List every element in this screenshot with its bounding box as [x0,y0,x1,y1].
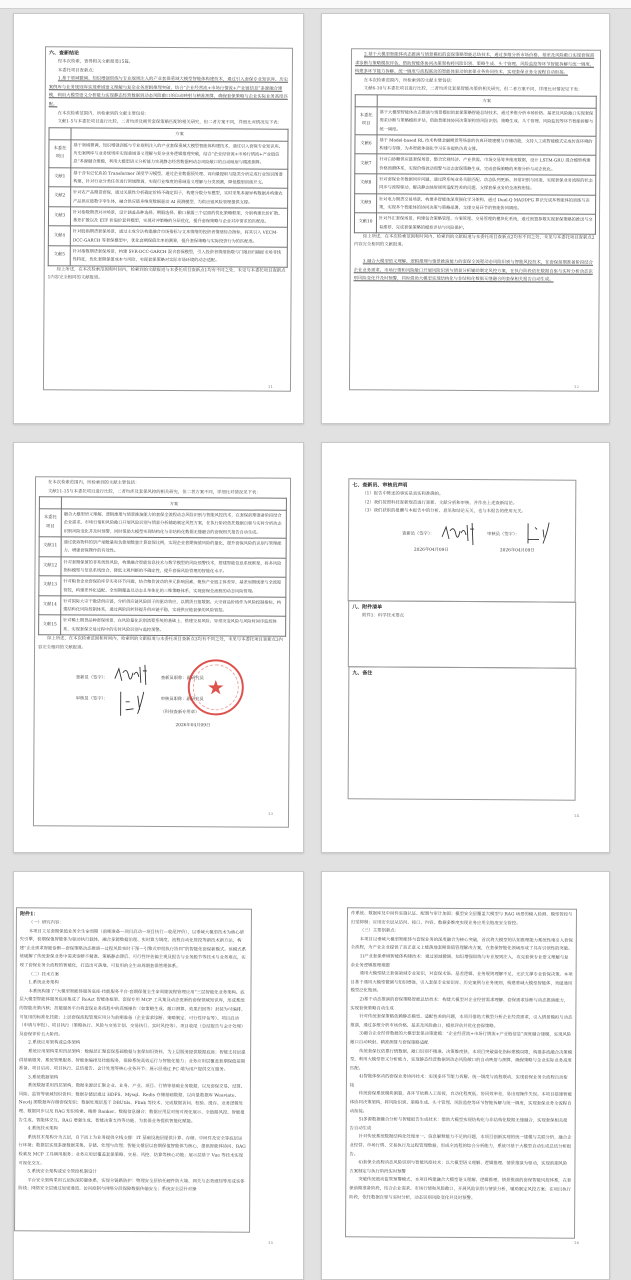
row-text: 针对白砂糖供应链套保场景，整合宏观经济、产业供需、市场交易等多维度数据，设计 L… [377,154,596,175]
table-row: 本委托项目基于领域微调、知识增强训练与专业规则注入的产业套保垂域大模型智能体构建… [49,140,288,169]
table-row: 本委托项目融合大模型语义理解、逻辑推理与情景推演能力的套保全流程动态风险识别与智… [39,509,286,538]
novelty-point: 3.融合大模型语义理解、逻辑推理与情景推演能力的套保全流程动态风险识别与智能风控… [354,258,596,285]
stamp-note: （科技查新专用章） [161,709,200,715]
examiner-signature-icon [113,661,153,687]
row-text: 针对套保业务数据同步问题，通过跨系统业务关联匹配、动态队列更新、异常识别与回滚，… [377,174,596,195]
row-label: 文献9 [355,193,377,213]
section-7-frame: 七、查新员、审核员声明 （1）报告中陈述的事实是真实和准确的。（2）我们按照科技… [348,478,577,602]
subsection-text: 系统数据采用四层架构，数据来源层汇聚企业、业务、产业、项目、行情等基础业务数据，… [19,1083,247,1127]
innovation-text: 针对传统套保策略依赖静态模型、适配性差的问题，本项目借助大模型分析企业经营需求，… [350,1013,572,1032]
row-label: 文献1 [49,167,71,187]
content-frame: 在本次检索范围内，所检索到的文献主要包括： 文献11-15与本委托项目进行比较，… [33,476,291,828]
compare-line: 文献11-15与本委托项目进行比较，二者均涉及套保风控的相关研究，但二者方案不同… [39,488,287,498]
row-text: 针对套期保值的非系统性风险，构建融合智能信息技术与数学模型的风险预警技术，搭建智… [61,557,286,578]
content-frame: 作系统、数据库及中间件实施认证、配置与审计加固；模型安全层覆盖大模型与 RAG … [345,907,577,1238]
innovation-text: 传统套保系统模块割裂，各环节依赖人工衔接，自动化程度低，协同效率差，易出现操作失… [350,1091,572,1118]
row-text: 基于领域微调、知识增强训练与专业规则注入的产业套保垂域大模型智能体构建技术，通过… [71,140,288,169]
signature-block: 查新员（签字）： 查新员职称：副研究员 审核员（签字）： 审核员职称：副研究员 … [37,652,286,746]
row-text: 针对粮食企业套保的库存实务环节问题，结合粮价波动的多元影响因素，聚焦产业链主体差… [61,576,286,597]
header-blank-cell [49,128,71,140]
comparison-table: 方案本委托项目融合大模型语义理解、逻辑推理与情景推演能力的套保全流程动态风险识别… [38,496,287,636]
section-title: 九、备注 [352,669,572,679]
conclusion-text: 综上所述，在本次检索范围和时间内，检索到的文献报道与本委托项目查新点2均有不同之… [354,233,596,252]
subsection-text: 平台安全架构采用五层纵深防御体系，实现全链路防护：物理安全层依托硬件防火墙、网关… [18,1177,246,1196]
header-blank-cell [355,95,377,107]
sign-date: 2026年04月09日 [176,722,211,728]
table-row: 文献15针对稀土期货品种套保场景，在风险量化识别流程系统的基础上，搭建交易风险、… [39,615,286,636]
row-label: 本委托项目 [49,140,71,168]
innovation-text: 传统套保仅依靠行情数据，敞口识别不精准、决策维度狭，本项目突破量化指标建模局限，… [350,1048,572,1075]
table-row: 本委托项目基于大模型智能体动态推演与情景模拟的套保策略智能总结技术，通过多维分析… [355,107,596,136]
innovation-title: 2)基于动态推演的套保策略智能总结技术：构建大模型对企业经营需求理解、套保需求诊… [350,996,572,1015]
table-row: 文献2针对农产品期货套保，通过关联性分析确定价格不确定因子，构建分数分布模型，实… [49,187,288,208]
table-row: 文献1基于含有记忆块的 Transformer 深度学习模型，通过企业数据预处理… [49,167,288,188]
table-row: 文献9针对电力期货交易场景，构建多智能体深度强化学习架构，通过 Dual-Q M… [355,193,596,214]
novelty-point: 2.基于大模型智能体动态推演与情景模拟的套保策略智能总结技术，通过多维分析市场价… [355,51,597,78]
conclusion-text: 综上所述，在本次检索范围和时间内，检索到的文献报道与本委托项目查新点1均有不同之… [48,266,288,285]
row-label: 文献14 [39,596,61,616]
table-row: 文献14针对国际大宗干散货供应链，分析供应链风险因子的驱动效应，以期货日报数据、… [39,596,286,617]
table-row: 文献5针对指数期货套保场景，构建 SVR-DCC-GARCH 混合套保模型，引入… [48,246,287,267]
row-text: 针对指数期货对冲场景，设计涵盖品种选择、期限选择、敞口暴露三个层面的优化策略框架… [70,207,287,228]
table-row: 文献13针对粮食企业套保的库存实务环节问题，结合粮价波动的多元影响因素，聚焦产业… [39,576,286,597]
page-number: 11 [268,384,273,389]
row-label: 文献3 [48,207,70,227]
row-label: 本委托项目 [39,509,61,537]
header-blank-cell [39,497,61,509]
row-text: 基于 Model-based RL 技术构建金融期货等场景的仿真环境建模与存储功… [377,135,596,156]
page-number: 15 [268,1240,273,1245]
row-text: 针对农产品期货套保，通过关联性分析确定价格不确定因子，构建分数分布模型，实时采集… [71,187,288,208]
examiner-label: 查新员（签字）： [402,530,434,536]
page-number: 13 [268,811,273,816]
section-9-frame: 九、备注 [348,666,577,800]
content-frame: 附件1： （一）研究内容： 本项目立足套期保值业务全生命周期（前期准备—项目启动… [14,907,252,1232]
row-label: 文献6 [355,135,377,155]
row-label: 本委托项目 [355,107,377,135]
table-row: 文献10针对外汇套保场景，构建包含策略管理、方案管理、交易管理的模块化系统，通过… [354,213,595,234]
section-8-frame: 八、附件清单 附件1：科学技术要点 [348,600,576,668]
document-page-12[interactable]: 2.基于大模型智能体动态推演与情景模拟的套保策略智能总结技术，通过多维分析市场价… [321,13,610,424]
innovation-text: 通用大模型缺乏套保领域专业知识，对套保术语、基差逻辑、业务规则理解不足，无法支撑… [350,970,572,997]
innovation-title: 5)多源数据融合分析与智能报告生成技术：借助大模型实现结构化与非结构化数据无缝融… [350,1117,572,1136]
row-label: 文献2 [49,187,71,207]
row-text: 基于大模型智能体动态推演与情景模拟的套保策略智能总结技术，通过多维分析市场价格、… [377,107,596,136]
subsection-text: 本系统构建了“大模型智能体服务底座-技能服务平台-套期保值全生命周期流程管理应用… [19,988,247,1041]
compare-line: 文献6-10与本委托项目进行比较，二者均涉及套保智能决策的相关研究，但二者方案不… [355,86,597,96]
row-text: 针对股指期货套保场景，通过主成分法构建融合市场指标与文本情绪的投资者情绪综合指标… [70,226,287,247]
innovation-text: 针对传统系统数据结构化处理单一、信息解释能力不足的问题，本项目创新实现的统一建模… [349,1134,571,1161]
document-page-16[interactable]: 作系统、数据库及中间件实施认证、配置与审计加固；模型安全层覆盖大模型与 RAG … [321,871,610,1280]
innovation-title: 3)融合企业经营数据的大模型套保决策建模：“企业经营流+市场行情流+产业链信息”… [350,1031,572,1050]
reviewer-signature-icon [118,688,152,718]
page-number: 16 [574,1240,579,1245]
document-page-14[interactable]: 七、查新员、审核员声明 （1）报告中陈述的事实是真实和准确的。（2）我们按照科技… [321,442,610,853]
innovation-title: 4)智能体驱动的套保业务协同技术：实现多环节能力拆解、统一调度与流程联动，实现套… [350,1074,572,1093]
content-frame: 2.基于大模型智能体动态推演与情景模拟的套保策略智能总结技术，通过多维分析市场价… [349,48,601,392]
row-text: 通过获取物料的资产端数量和负债端数量计算套保比例，实现企业套期保值风险的量化，提… [61,537,286,558]
innovation-title: 6)套保全流程动态风险识别与智能风控技术：以大模型语义理解、逻辑推理、情景推演为… [349,1160,571,1179]
table-row: 文献8针对套保业务数据同步问题，通过跨系统业务关联匹配、动态队列更新、异常识别与… [355,174,596,195]
comparison-table: 方案本委托项目基于领域微调、知识增强训练与专业规则注入的产业套保垂域大模型智能体… [48,127,289,267]
content-frame: 六、查新结论 经本次检索，查得相关文献报道15篇。 本委托项目查新点： 1.基于… [43,46,293,392]
novelty-point: 1.基于领域微调、知识增强训练与专业规则注入的产业套保垂域大模型智能体构建技术，… [49,75,289,111]
reviewer-signature-icon [525,519,561,547]
row-text: 针对稀土期货品种套保场景，在风险量化识别流程系统的基础上，搭建交易风险、异常突变… [61,615,286,636]
table-row: 文献3针对指数期货对冲场景，设计涵盖品种选择、期限选择、敞口暴露三个层面的优化策… [48,207,287,228]
innovation-intro: 本项目以垂域大模型智能体与套保业务的深度融合为核心突破，首次将大模型的认知推理能… [351,936,573,955]
examiner-label: 查新员（签字）： [76,675,108,681]
table-row: 文献4针对股指期货套保场景，通过主成分法构建融合市场指标与文本情绪的投资者情绪综… [48,226,287,247]
row-text: 融合大模型语义理解、逻辑推理与情景推演能力的套保全流程动态风险识别与智能风控技术… [61,509,286,538]
examiner-signature-icon [440,519,482,547]
lead-text: 作系统、数据库及中间件实施认证、配置与审计加固；模型安全层覆盖大模型与 RAG … [351,910,573,929]
reviewer-label: 审核员（签字）： [76,696,108,702]
table-row: 文献6基于 Model-based RL 技术构建金融期货等场景的仿真环境建模与… [355,135,596,156]
row-text: 针对外汇套保场景，构建包含策略管理、方案管理、交易管理的模块化系统，通过预置参数… [376,213,595,234]
row-label: 文献13 [39,576,61,596]
conclusion-text: 综上所述，在本次检索范围和时间内，检索到的文献报道与本委托项目查新点3均有不同之… [38,635,286,654]
row-label: 文献8 [355,174,377,194]
reviewer-date: 2026年04月09日 [500,547,535,553]
page-number: 12 [574,384,579,389]
table-row: 文献12针对套期保值的非系统性风险，构建融合智能信息技术与数学模型的风险预警技术… [39,556,286,577]
row-label: 文献12 [39,556,61,576]
row-label: 文献15 [39,615,61,635]
row-text: 针对国际大宗干散货供应链，分析供应链风险因子的驱动效应，以期货日报数据、大宗商品… [61,596,286,617]
compare-line: 文献1-5与本委托项目进行比较，二者均涉及期货套保策略匹配的相关研究，但二者方案… [49,118,289,128]
reviewer-label: 审核员（签字）： [487,531,519,537]
row-text: 针对电力期货交易场景，构建多智能体深度强化学习架构，通过 Dual-Q MADD… [377,194,596,215]
page-number: 14 [574,813,579,818]
row-label: 文献7 [355,154,377,174]
innovation-text: 突破传统被动监管预警模式，本项目构建融合大模型语义理解、逻辑推理、情景推演的套保… [349,1177,571,1204]
attachment-item: 附件1：科学技术要点 [352,612,572,622]
row-text: 基于含有记忆块的 Transformer 深度学习模型，通过企业数据预处理、词向… [71,168,288,189]
innovation-title: 1)产业套保垂域智能体构建技术：通过领域微调、知识增强训练与专业规则注入，攻克套… [351,953,573,972]
viewer-toolbar [0,0,631,9]
row-label: 文献11 [39,537,61,557]
row-label: 文献4 [48,226,70,246]
document-page-15[interactable]: 附件1： （一）研究内容： 本项目立足套期保值业务全生命周期（前期准备—项目启动… [13,871,304,1280]
research-text: 本项目立足套期保值业务全生命周期（前期准备—项目启动—项目执行—收尾评价），以垂… [20,928,248,972]
document-page-13[interactable]: 在本次检索范围内，所检索到的文献主要包括： 文献11-15与本委托项目进行比较，… [13,442,304,853]
comparison-table: 方案本委托项目基于大模型智能体动态推演与情景模拟的套保策略智能总结技术，通过多维… [354,94,597,234]
table-row: 文献11通过获取物料的资产端数量和负债端数量计算套保比例，实现企业套期保值风险的… [39,537,286,558]
subsection-text: 系统技术架构分为五层，自下而上为业务提供全栈支撑：IT 基础设施层提供计算、存储… [18,1134,246,1170]
table-row: 文献7针对白砂糖供应链套保场景，整合宏观经济、产业供需、市场交易等多维度数据，设… [355,154,596,175]
row-label: 文献5 [48,246,70,266]
examiner-date: 2026年04月09日 [414,546,449,552]
document-page-11[interactable]: 六、查新结论 经本次检索，查得相关文献报道15篇。 本委托项目查新点： 1.基于… [13,13,304,424]
row-text: 针对指数期货套保场景，构建 SVR-DCC-GARCH 混合套保模型，引入投资者… [70,246,287,267]
row-label: 文献10 [354,213,376,233]
subsection-text: 系统应用架构采用四层架构：数据层汇聚套保基础数据与套保知识资料，为上层服务提供数… [19,1048,247,1075]
official-seal-icon: ★ [188,659,244,715]
